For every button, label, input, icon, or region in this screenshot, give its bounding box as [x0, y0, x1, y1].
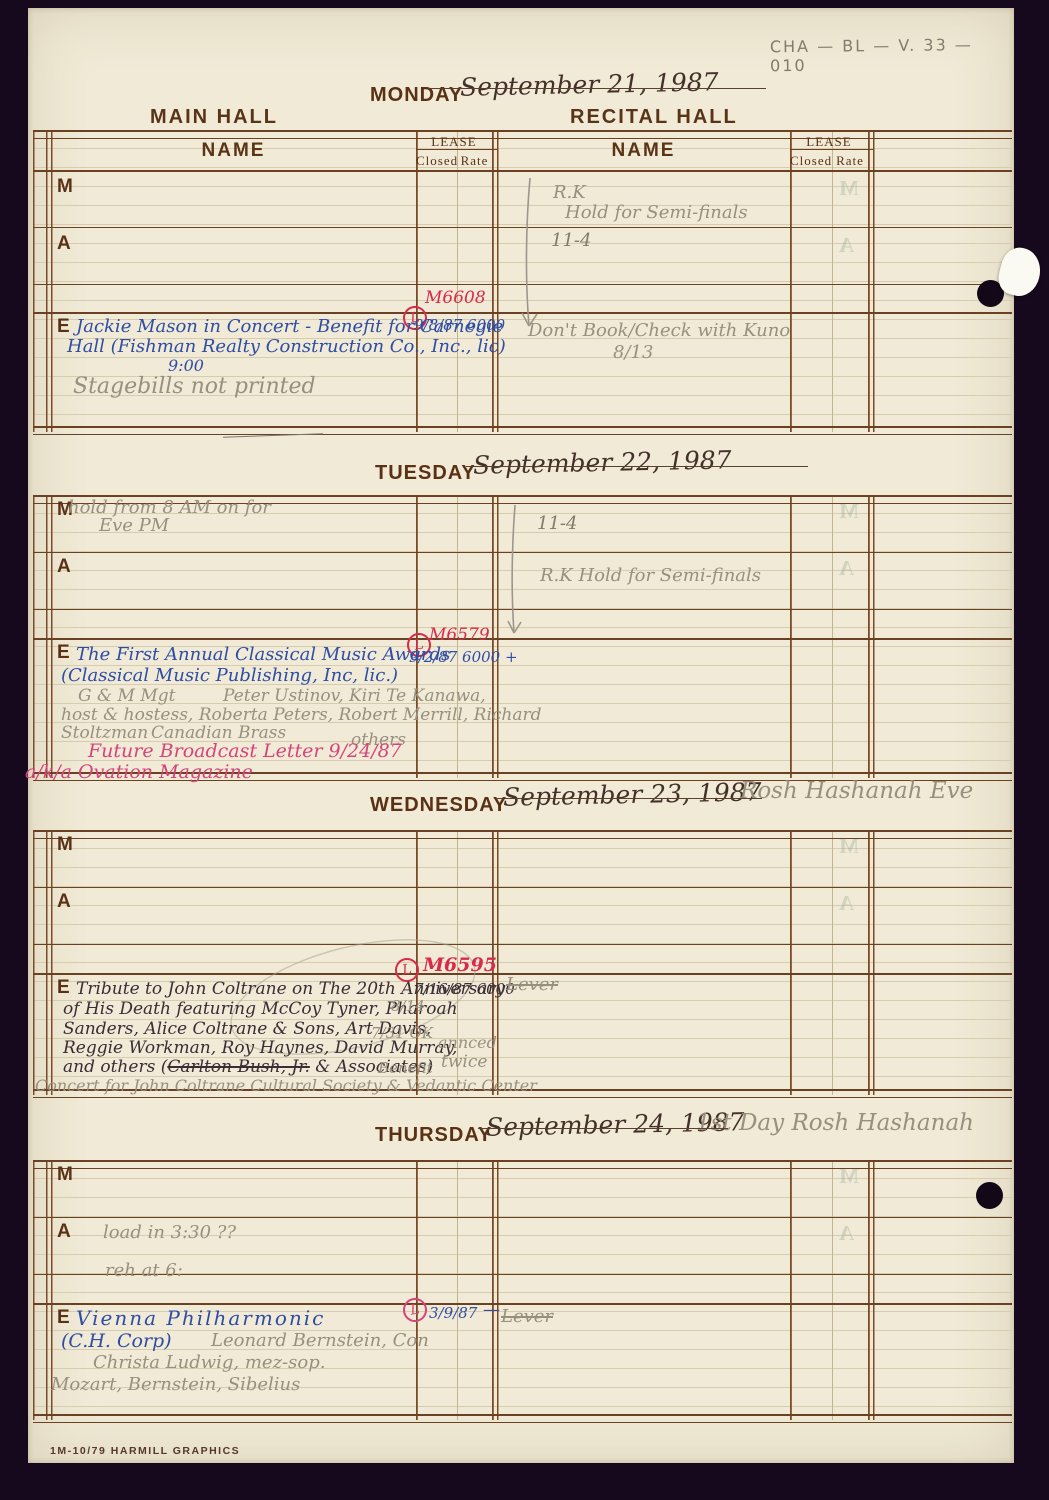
row-label-m: M [57, 1164, 74, 1186]
pencil-note: G & M Mgt [78, 688, 175, 705]
row-label-e: E [57, 316, 71, 338]
row-label-a: A [57, 556, 72, 578]
lease-number: M6579 [429, 627, 490, 644]
bleedthrough-letter: M [839, 834, 859, 859]
row-label-a: A [57, 1221, 72, 1243]
col-header-closed-recital: Closed [790, 153, 832, 169]
pencil-note: Christa Ludwig, mez-sop. [93, 1354, 325, 1372]
pencil-arrow-down [507, 505, 527, 645]
event-title: Hall (Fishman Realty Construction Co., I… [67, 338, 506, 356]
day-name-wednesday: WEDNESDAY [370, 794, 507, 817]
pencil-note: Mozart, Bernstein, Sibelius [51, 1376, 300, 1394]
pencil-note: annced [438, 1035, 497, 1051]
rule [33, 1303, 1012, 1305]
bleedthrough-letter: M [839, 499, 859, 524]
pencil-note: Don't Book/Check with Kuno [528, 322, 790, 340]
bleedthrough-letter: A [839, 233, 854, 258]
pencil-note: host & hostess, Roberta Peters, Robert M… [61, 707, 542, 724]
lease-number: M6595 [423, 956, 497, 975]
pencil-note: Leonard Bernstein, Con [211, 1332, 429, 1350]
col-header-lease-recital: LEASE [790, 134, 868, 150]
archive-corner-label: CHA — BL — V. 33 — 010 [770, 35, 1014, 76]
lease-closed: 3/9/87 [429, 1306, 477, 1321]
ledger-section-monday: NAME LEASE Closed Rate NAME LEASE Closed… [33, 130, 1012, 432]
rule [33, 944, 1012, 945]
day-date-tuesday: September 22, 1987 [473, 445, 732, 479]
day-date-wednesday: September 23, 1987 [503, 777, 762, 811]
col-header-name-recital: NAME [497, 140, 790, 162]
pencil-note: 11-4 [537, 515, 577, 533]
row-label-m: M [57, 176, 74, 198]
pencil-note: Eve PM [99, 517, 169, 535]
rule [416, 149, 497, 150]
rule [33, 1217, 1012, 1218]
pencil-note: Peter Ustinov, Kiri Te Kanawa, [223, 688, 486, 705]
holiday-note: Rosh Hashanah Eve [740, 780, 973, 803]
circled-l-badge: L [401, 1296, 429, 1324]
struck-name: Carlton Bush, Jr. [167, 1057, 310, 1077]
event-title: Vienna Philharmonic [76, 1308, 325, 1328]
hall-title-main: MAIN HALL [150, 106, 278, 129]
col-header-name-main: NAME [51, 140, 416, 162]
event-title: Reggie Workman, Roy Haynes, David Murray… [63, 1040, 457, 1057]
row-label-e: E [57, 642, 71, 664]
date-underline [428, 88, 766, 89]
rule [33, 1414, 1012, 1423]
pencil-note: R.K [553, 184, 586, 202]
scanned-ledger-page: CHA — BL — V. 33 — 010 MONDAY September … [0, 0, 1049, 1500]
row-label-a: A [57, 233, 72, 255]
ledger-section-wednesday: M A E M A L M6595 7/16/87 6000 Tribute t… [33, 830, 1012, 1095]
paper-sheet: CHA — BL — V. 33 — 010 MONDAY September … [28, 8, 1014, 1463]
event-title: The First Annual Classical Music Awards [76, 646, 450, 664]
date-underline [466, 466, 808, 467]
day-name-thursday: THURSDAY [375, 1124, 492, 1147]
event-title: Tribute to John Coltrane on The 20th Ann… [76, 981, 505, 998]
date-underline [496, 798, 762, 799]
event-title-part: and others ( [63, 1057, 167, 1077]
event-title: (C.H. Corp) [61, 1332, 172, 1351]
red-ink-note: Future Broadcast Letter 9/24/87 [88, 742, 402, 761]
rule [33, 887, 1012, 888]
holiday-note: 1st Day Rosh Hashanah [696, 1112, 974, 1135]
pencil-note-struck: Lever [506, 976, 558, 994]
date-underline [478, 1128, 728, 1129]
bleedthrough-letter: M [839, 1164, 859, 1189]
row-label-e: E [57, 977, 71, 999]
pencil-note-struck: Lever [501, 1308, 553, 1326]
ledger-section-thursday: M A E M A load in 3:30 ?? reh at 6: L 3/… [33, 1160, 1012, 1420]
event-time: 9:00 [168, 358, 204, 374]
pencil-note: Stagebills not printed [73, 376, 316, 398]
pencil-note: Hold for Semi-finals [565, 204, 748, 222]
bleedthrough-letter: M [839, 176, 859, 201]
col-header-rate-main: Rate [457, 153, 492, 169]
red-ink-note: a/k/a Ovation Magazine [25, 763, 253, 782]
rule [33, 1160, 1012, 1169]
rule [790, 149, 873, 150]
ledger-section-tuesday: M A E M A hold from 8 AM on for Eve PM 1… [33, 495, 1012, 778]
day-date-monday: September 21, 1987 [460, 67, 719, 101]
punch-hole [976, 1182, 1003, 1209]
event-title: (Classical Music Publishing, Inc, lic.) [61, 667, 398, 685]
pencil-note: R.K Hold for Semi-finals [540, 567, 761, 585]
pencil-note: load in 3:30 ?? [103, 1224, 236, 1242]
pencil-note: 8/13 [613, 344, 653, 362]
rule [33, 830, 1012, 839]
bleedthrough-letter: A [839, 891, 854, 916]
pencil-note: twice [441, 1054, 487, 1071]
pencil-note: 11-4 [551, 232, 591, 250]
col-header-rate-recital: Rate [832, 153, 868, 169]
event-title: Jackie Mason in Concert - Benefit for Ca… [76, 318, 503, 336]
col-header-lease-main: LEASE [416, 134, 492, 150]
day-name-tuesday: TUESDAY [375, 462, 476, 485]
row-label-e: E [57, 1307, 71, 1329]
row-label-a: A [57, 891, 72, 913]
lease-rate: — [483, 1302, 500, 1319]
pencil-note: Benefit [378, 1061, 432, 1076]
lease-number: M6608 [425, 290, 486, 307]
row-label-m: M [57, 834, 74, 856]
pencil-note: 8/14 [391, 999, 425, 1014]
bleedthrough-letter: A [839, 556, 854, 581]
rule [33, 426, 1012, 435]
bleedthrough-letter: A [839, 1221, 854, 1246]
printer-imprint: 1M-10/79 HARMILL GRAPHICS [50, 1445, 240, 1457]
pencil-arrow-down [521, 178, 541, 338]
pencil-note: reh at 6: [105, 1262, 183, 1280]
pencil-note: Concert for John Coltrane Cultural Socie… [35, 1078, 537, 1094]
col-header-closed-main: Closed [416, 153, 457, 169]
rule [33, 170, 1012, 172]
hall-title-recital: RECITAL HALL [570, 106, 738, 129]
